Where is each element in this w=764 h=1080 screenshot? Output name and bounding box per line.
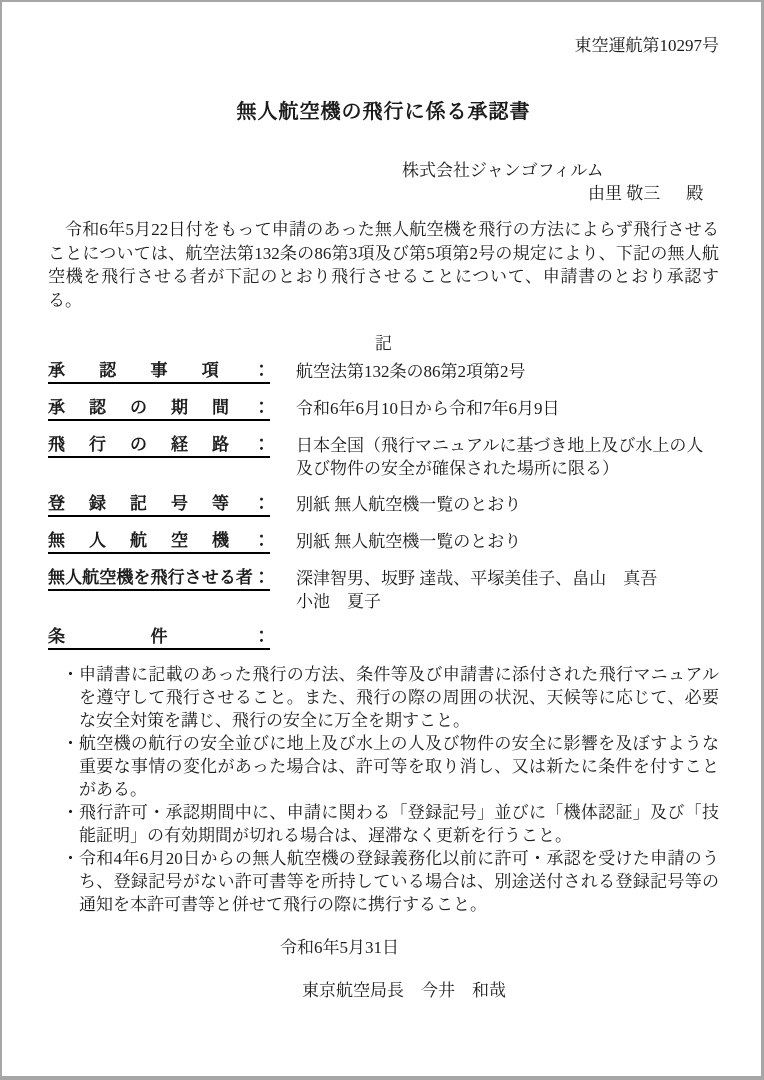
approval-item-row-uav: 無人航空機： 別紙 無人航空機一覧のとおり — [48, 530, 719, 554]
bullet-marker: ・ — [62, 663, 79, 686]
record-marker: 記 — [48, 332, 719, 355]
bullet-marker: ・ — [62, 801, 79, 824]
approval-item-row-flight-route: 飛行の経路： 日本全国（飛行マニュアルに基づき地上及び水上の人及び物件の安全が確… — [48, 434, 719, 480]
approval-item-label: 承認の期間： — [48, 397, 270, 421]
condition-text: 飛行許可・承認期間中に、申請に関わる「登録記号」並びに「機体認証」及び「技能証明… — [79, 801, 719, 847]
addressee-honorific: 殿 — [686, 182, 703, 205]
addressee-person-row: 由里 敬三 殿 — [588, 182, 719, 205]
approval-item-value: 別紙 無人航空機一覧のとおり — [296, 530, 719, 553]
approval-item-row-registration-id: 登録記号等： 別紙 無人航空機一覧のとおり — [48, 493, 719, 517]
condition-text: 申請書に記載のあった飛行の方法、条件等及び申請書に添付された飛行マニュアルを遵守… — [79, 663, 719, 732]
condition-text: 航空機の航行の安全並びに地上及び水上の人及び物件の安全に影響を及ぼすような重要な… — [79, 732, 719, 801]
approval-items: 承認事項： 航空法第132条の86第2項第2号 承認の期間： 令和6年6月10日… — [48, 360, 719, 650]
condition-text: 令和4年6月20日からの無人航空機の登録義務化以前に許可・承認を受けた申請のうち… — [79, 847, 719, 916]
approval-item-label: 飛行の経路： — [48, 434, 270, 458]
approval-item-row-conditions: 条件： — [48, 626, 719, 650]
condition-item: ・ 航空機の航行の安全並びに地上及び水上の人及び物件の安全に影響を及ぼすような重… — [62, 732, 719, 801]
bullet-marker: ・ — [62, 847, 79, 870]
conditions-list: ・ 申請書に記載のあった飛行の方法、条件等及び申請書に添付された飛行マニュアルを… — [48, 663, 719, 916]
approval-item-value: 令和6年6月10日から令和7年6月9日 — [296, 397, 719, 420]
body-paragraph: 令和6年5月22日付をもって申請のあった無人航空機を飛行の方法によらず飛行させる… — [48, 218, 719, 312]
addressee-company: 株式会社ジャンゴフィルム — [402, 159, 719, 182]
document-title: 無人航空機の飛行に係る承認書 — [48, 99, 719, 125]
approval-item-value: 別紙 無人航空機一覧のとおり — [296, 493, 719, 516]
approval-item-row-approval-period: 承認の期間： 令和6年6月10日から令和7年6月9日 — [48, 397, 719, 421]
condition-item: ・ 令和4年6月20日からの無人航空機の登録義務化以前に許可・承認を受けた申請の… — [62, 847, 719, 916]
approval-item-label: 承認事項： — [48, 360, 270, 384]
document-number: 東空運航第10297号 — [48, 34, 719, 57]
addressee-person-name: 由里 敬三 — [588, 182, 660, 205]
approval-item-label: 条件： — [48, 626, 270, 650]
condition-item: ・ 飛行許可・承認期間中に、申請に関わる「登録記号」並びに「機体認証」及び「技能… — [62, 801, 719, 847]
approval-item-row-pilots: 無人航空機を飛行させる者： 深津智男、坂野 達哉、平塚美佳子、畠山 真吾 小池 … — [48, 567, 719, 613]
approval-document-page: 東空運航第10297号 無人航空機の飛行に係る承認書 株式会社ジャンゴフィルム … — [0, 0, 764, 1080]
approval-item-label: 無人航空機を飛行させる者： — [48, 567, 270, 591]
document-content: 東空運航第10297号 無人航空機の飛行に係る承認書 株式会社ジャンゴフィルム … — [2, 2, 761, 1002]
issuer-signature: 東京航空局長 今井 和哉 — [302, 979, 719, 1002]
approval-item-label: 無人航空機： — [48, 530, 270, 554]
approval-item-label: 登録記号等： — [48, 493, 270, 517]
condition-item: ・ 申請書に記載のあった飛行の方法、条件等及び申請書に添付された飛行マニュアルを… — [62, 663, 719, 732]
issue-date: 令和6年5月31日 — [280, 936, 719, 959]
bullet-marker: ・ — [62, 732, 79, 755]
approval-item-value: 深津智男、坂野 達哉、平塚美佳子、畠山 真吾 小池 夏子 — [296, 567, 719, 613]
addressee-block: 株式会社ジャンゴフィルム 由里 敬三 殿 — [48, 159, 719, 205]
approval-item-value: 日本全国（飛行マニュアルに基づき地上及び水上の人及び物件の安全が確保された場所に… — [296, 434, 719, 480]
approval-item-row-approved-matter: 承認事項： 航空法第132条の86第2項第2号 — [48, 360, 719, 384]
approval-item-value: 航空法第132条の86第2項第2号 — [296, 360, 719, 383]
